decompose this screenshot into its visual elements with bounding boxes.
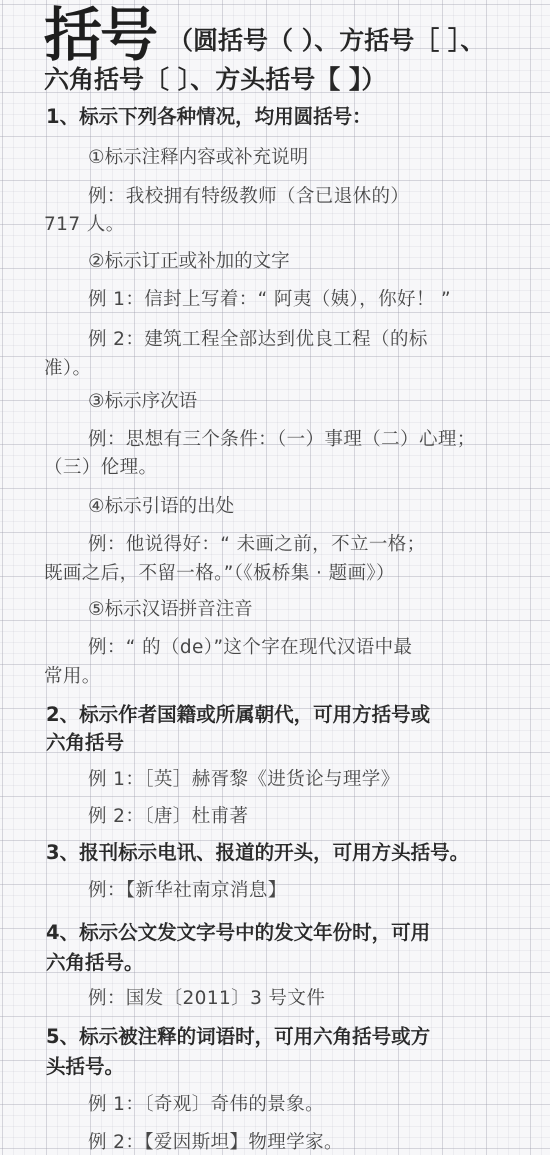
list-item-label: ①标示注释内容或补充说明 [88, 149, 308, 168]
example-text: 例 1：［英］赫胥黎《进货论与理学》 [88, 771, 400, 790]
list-item-label: ②标示订正或补加的文字 [88, 253, 290, 272]
example-text: 例 2：〔唐〕杜甫著 [88, 808, 248, 827]
section-heading-continued: 六角括号 [46, 733, 124, 753]
section-heading: 2、标示作者国籍或所属朝代，可用方括号或 [46, 705, 430, 725]
section-heading: 1、标示下列各种情况，均用圆括号： [46, 107, 372, 127]
example-text: 例 1：〔奇观〕奇伟的景象。 [88, 1096, 324, 1115]
example-text: 例 2：【爱因斯坦】物理学家。 [88, 1134, 343, 1153]
list-item-label: ③标示序次语 [88, 393, 197, 412]
section-heading: 5、标示被注释的词语时，可用六角括号或方 [46, 1027, 430, 1047]
example-text-continued: （三）伦理。 [44, 459, 157, 478]
list-item-label: ④标示引语的出处 [88, 498, 234, 517]
example-text: 例：国发〔2011〕3 号文件 [88, 990, 325, 1009]
page-title: 括号 [44, 6, 156, 64]
example-text: 例：“ 的（de）”这个字在现代汉语中最 [88, 639, 412, 658]
example-text-continued: 既画之后，不留一格。”（《板桥集 · 题画》） [44, 565, 395, 584]
example-text: 例：【新华社南京消息】 [88, 882, 287, 901]
section-heading: 3、报刊标示电讯、报道的开头，可用方头括号。 [46, 843, 469, 863]
section-heading-continued: 头括号。 [46, 1057, 124, 1077]
example-text: 例：我校拥有特级教师（含已退休的） [88, 188, 409, 207]
example-text: 例：他说得好：“ 未画之前，不立一格； [88, 536, 426, 555]
example-text: 例：思想有三个条件：（一）事理（二）心理； [88, 431, 476, 450]
section-heading: 4、标示公文发文字号中的发文年份时，可用 [46, 923, 430, 943]
example-text: 例 2：建筑工程全部达到优良工程（的标 [88, 331, 428, 350]
example-text-continued: 717 人。 [44, 216, 125, 235]
section-heading-continued: 六角括号。 [46, 953, 144, 973]
page-subtitle-line-1: （圆括号（ ）、方括号［ ］、 [168, 28, 485, 53]
example-text: 例 1：信封上写着：“ 阿夷（姨），你好！ ” [88, 291, 451, 310]
example-text-continued: 常用。 [44, 668, 101, 687]
list-item-label: ⑤标示汉语拼音注音 [88, 601, 253, 620]
example-text-continued: 准）。 [44, 360, 91, 379]
page-subtitle-line-2: 六角括号〔 〕、方头括号【 】） [44, 67, 386, 92]
